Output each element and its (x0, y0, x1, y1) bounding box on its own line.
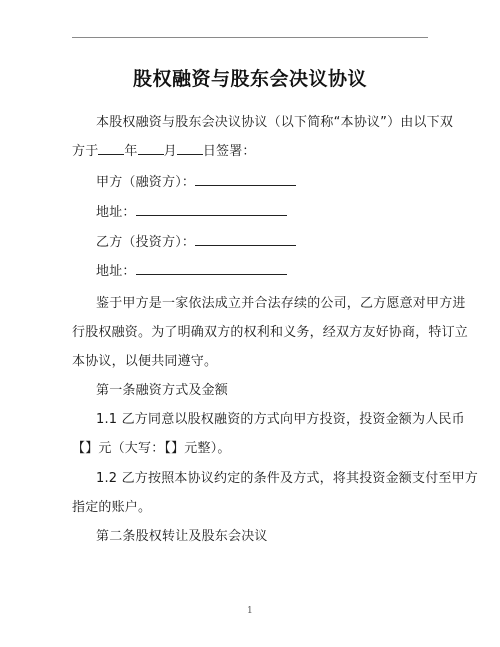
party-a-blank[interactable] (195, 174, 296, 186)
party-a-address-blank[interactable] (136, 204, 287, 216)
party-b-address-blank[interactable] (136, 263, 287, 275)
whereas-line-1: 鉴于甲方是一家依法成立并合法存续的公司，乙方愿意对甲方进 (96, 292, 466, 311)
party-b-address-line: 地址： (96, 260, 287, 279)
document-title: 股权融资与股东会决议协议 (0, 64, 500, 91)
party-a-address-line: 地址： (96, 201, 287, 220)
party-b-blank[interactable] (195, 234, 296, 246)
month-blank[interactable] (138, 143, 164, 155)
clause-1-2-line-2: 指定的账户。 (72, 496, 151, 515)
month-label: 月 (164, 144, 177, 159)
header-rule (72, 37, 428, 38)
party-a-address-label: 地址： (96, 205, 136, 220)
party-b-address-label: 地址： (96, 264, 136, 279)
intro-line-2: 方于年月日签署： (72, 140, 256, 159)
party-a-label: 甲方（融资方）： (96, 175, 195, 190)
clause-1-1-line-1: 1.1 乙方同意以股权融资的方式向甲方投资，投资金额为人民币 (96, 408, 465, 427)
intro-line-1: 本股权融资与股东会决议协议（以下简称“本协议”）由以下双 (96, 111, 453, 130)
clause-1-2-line-1: 1.2 乙方按照本协议约定的条件及方式，将其投资金额支付至甲方 (96, 467, 478, 486)
party-b-line: 乙方（投资方）： (96, 231, 296, 250)
party-b-label: 乙方（投资方）： (96, 235, 195, 250)
article-2-heading: 第二条股权转让及股东会决议 (96, 525, 268, 544)
date-prefix: 方于 (72, 144, 98, 159)
day-sign-label: 日签署： (203, 144, 256, 159)
year-blank[interactable] (98, 143, 124, 155)
article-1-heading: 第一条融资方式及金额 (96, 379, 228, 398)
clause-1-1-line-2: 【】元（大写：【】元整）。 (72, 437, 231, 456)
party-a-line: 甲方（融资方）： (96, 171, 296, 190)
day-blank[interactable] (177, 143, 203, 155)
page-number: 1 (247, 606, 253, 616)
whereas-line-3: 本协议，以便共同遵守。 (72, 350, 217, 369)
whereas-line-2: 行股权融资。为了明确双方的权利和义务，经双方友好协商，特订立 (72, 321, 468, 340)
year-label: 年 (124, 144, 137, 159)
